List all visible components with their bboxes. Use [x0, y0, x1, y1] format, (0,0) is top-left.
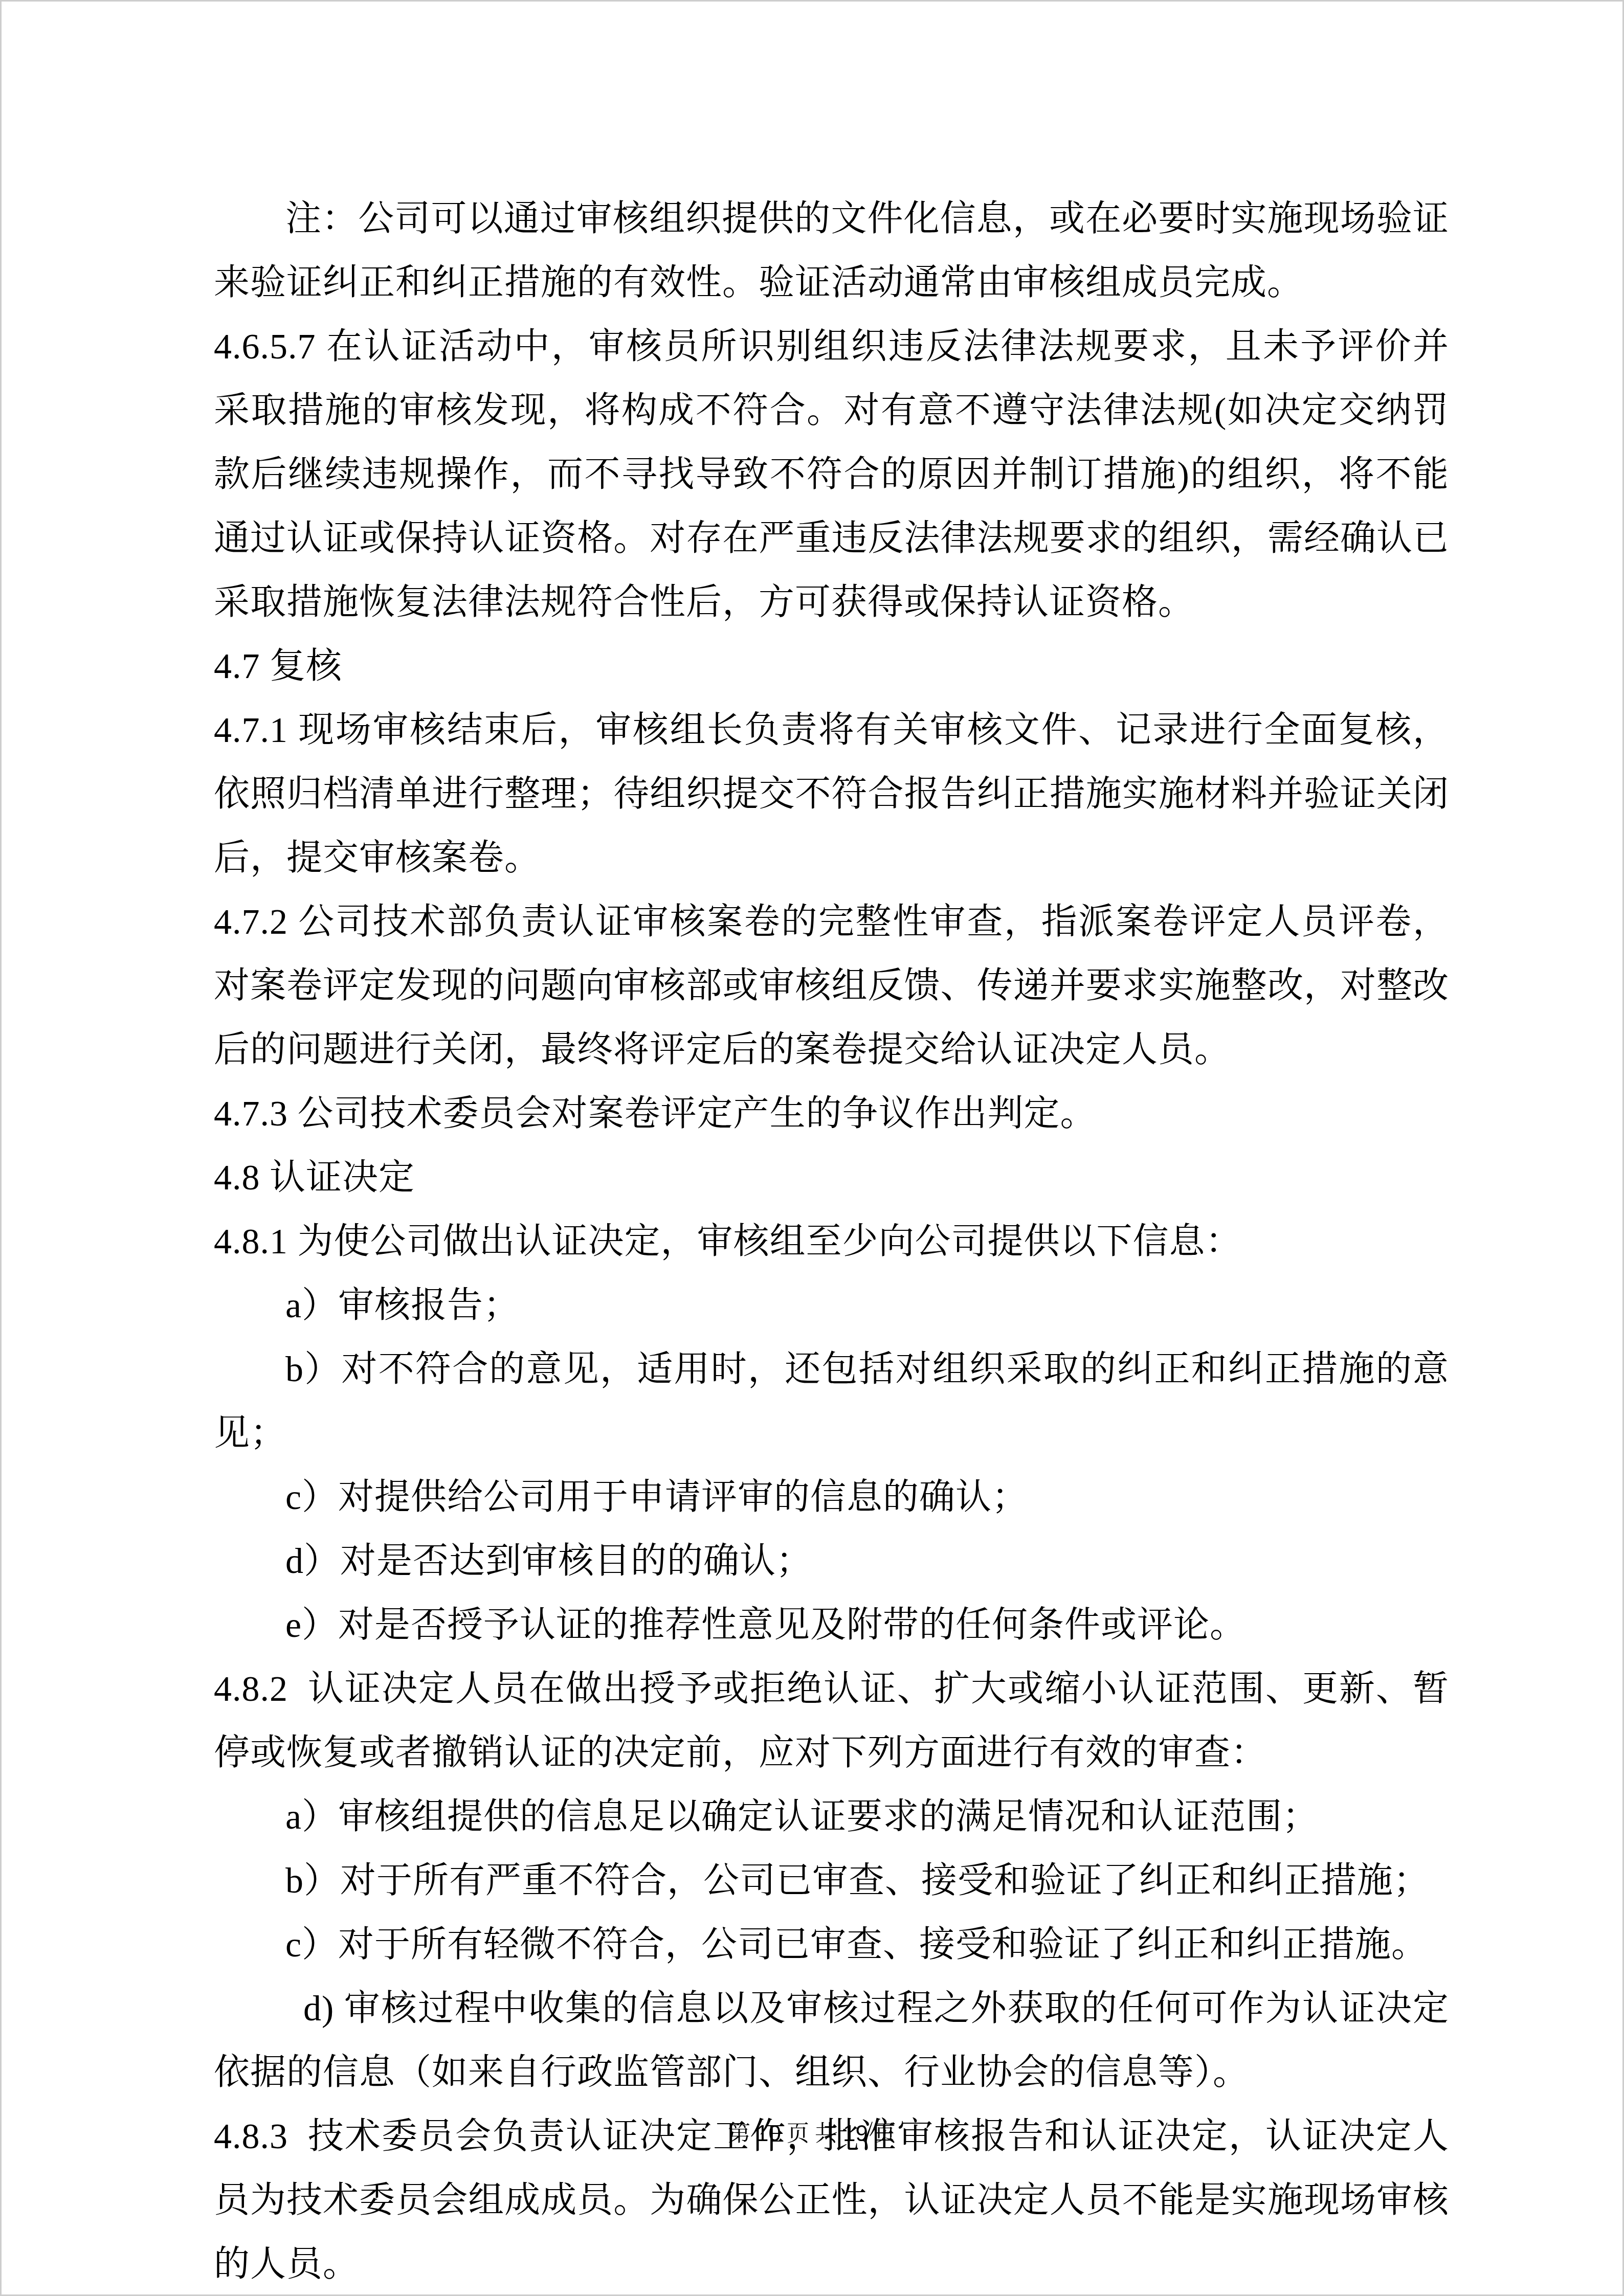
list-4-8-2-item-b: b）对于所有严重不符合，公司已审查、接受和验证了纠正和纠正措施；: [214, 1849, 1449, 1913]
document-page: 注：公司可以通过审核组织提供的文件化信息，或在必要时实施现场验证来验证纠正和纠正…: [0, 0, 1624, 2296]
section-4-7-2: 4.7.2 公司技术部负责认证审核案卷的完整性审查，指派案卷评定人员评卷，对案卷…: [214, 890, 1449, 1082]
footer-prefix: 第: [728, 2121, 756, 2146]
footer-total-pages: 19: [843, 2121, 868, 2146]
section-4-7-3: 4.7.3 公司技术委员会对案卷评定产生的争议作出判定。: [214, 1082, 1449, 1146]
footer-suffix: 页: [868, 2121, 896, 2146]
heading-4-7: 4.7 复核: [214, 635, 1449, 699]
list-4-8-2-item-d: d) 审核过程中收集的信息以及审核过程之外获取的任何可作为认证决定依据的信息（如…: [214, 1977, 1449, 2105]
heading-4-8: 4.8 认证决定: [214, 1146, 1449, 1210]
document-body: 注：公司可以通过审核组织提供的文件化信息，或在必要时实施现场验证来验证纠正和纠正…: [214, 187, 1449, 2296]
list-4-8-2-item-c: c）对于所有轻微不符合，公司已审查、接受和验证了纠正和纠正措施。: [214, 1913, 1449, 1977]
section-4-7-1: 4.7.1 现场审核结束后，审核组长负责将有关审核文件、记录进行全面复核，依照归…: [214, 699, 1449, 890]
page-footer: 第 10 页 共 19 页: [2, 2119, 1622, 2149]
section-4-8-2: 4.8.2 认证决定人员在做出授予或拒绝认证、扩大或缩小认证范围、更新、暂停或恢…: [214, 1657, 1449, 1785]
footer-mid: 页 共: [781, 2121, 843, 2146]
paragraph-note: 注：公司可以通过审核组织提供的文件化信息，或在必要时实施现场验证来验证纠正和纠正…: [214, 187, 1449, 315]
list-4-8-1-item-b: b）对不符合的意见，适用时，还包括对组织采取的纠正和纠正措施的意见；: [214, 1338, 1449, 1466]
list-4-8-1-item-e: e）对是否授予认证的推荐性意见及附带的任何条件或评论。: [214, 1593, 1449, 1657]
list-4-8-1-item-c: c）对提供给公司用于申请评审的信息的确认；: [214, 1466, 1449, 1529]
list-4-8-2-item-a: a）审核组提供的信息足以确定认证要求的满足情况和认证范围；: [214, 1785, 1449, 1849]
section-4-8-1: 4.8.1 为使公司做出认证决定，审核组至少向公司提供以下信息：: [214, 1210, 1449, 1274]
footer-current-page: 10: [756, 2121, 781, 2146]
section-4-6-5-7: 4.6.5.7 在认证活动中，审核员所识别组织违反法律法规要求，且未予评价并采取…: [214, 315, 1449, 635]
list-4-8-1-item-d: d）对是否达到审核目的的确认；: [214, 1529, 1449, 1593]
list-4-8-1-item-a: a）审核报告；: [214, 1274, 1449, 1338]
